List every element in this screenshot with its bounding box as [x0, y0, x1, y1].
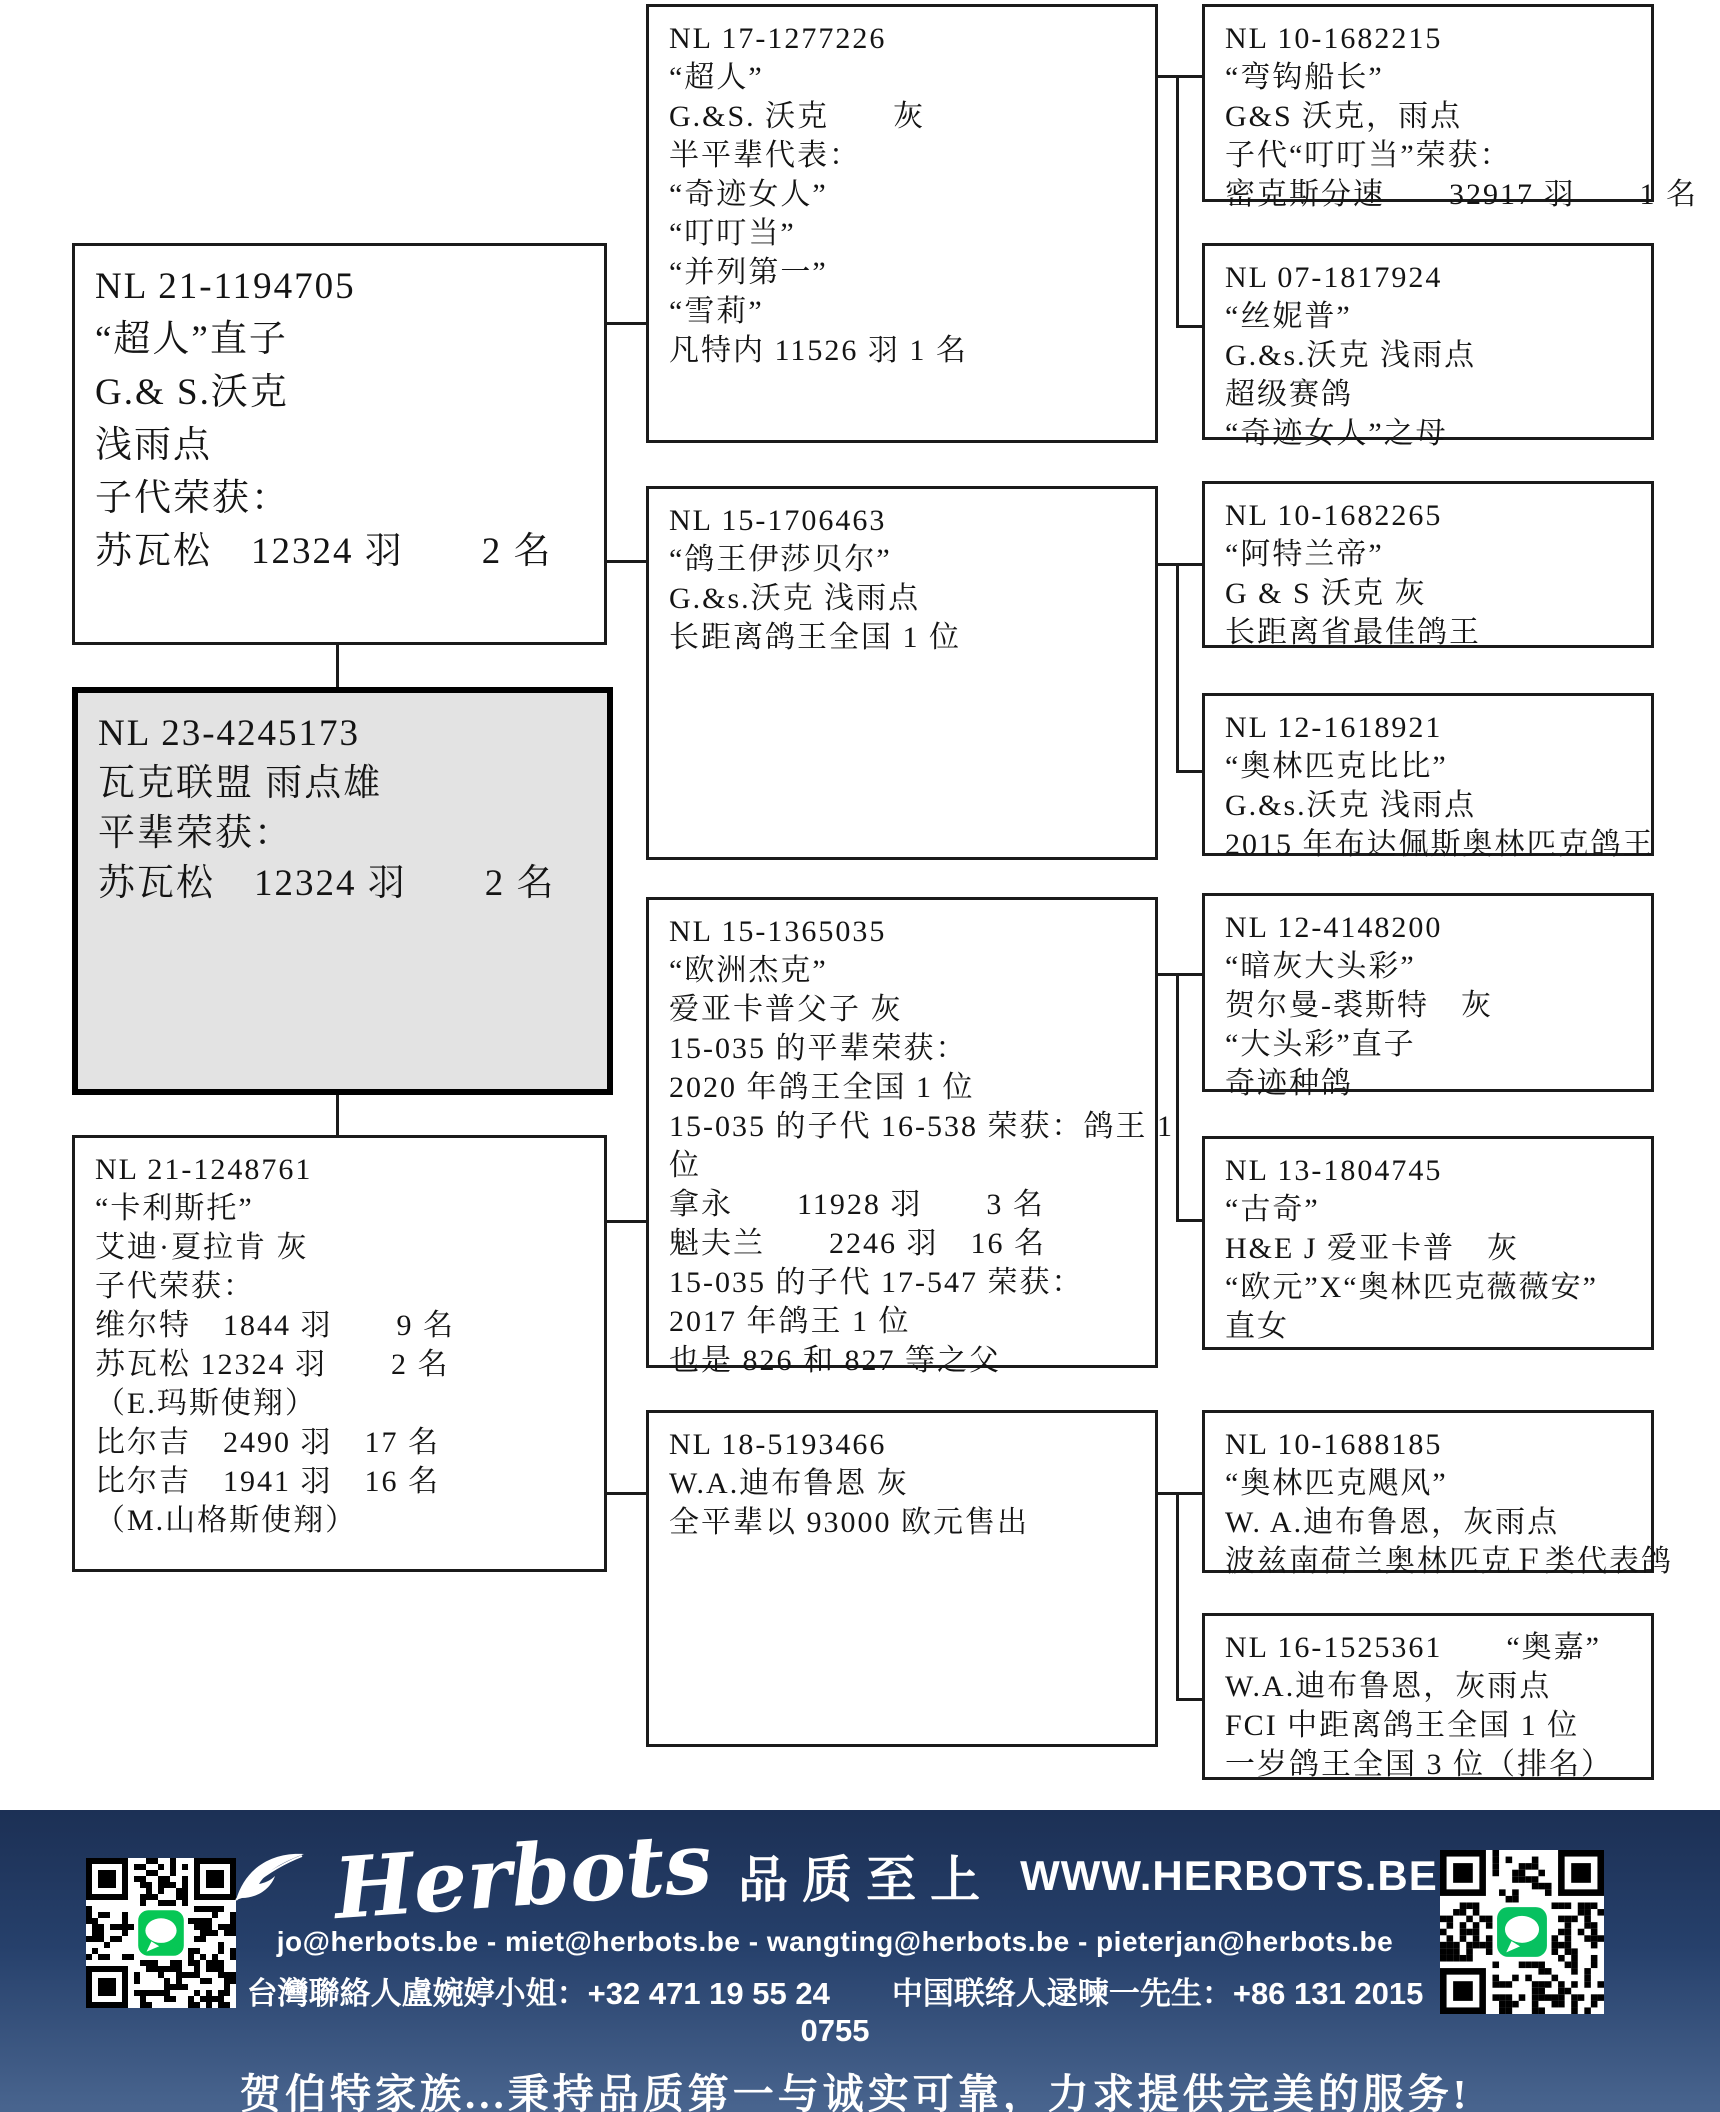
pedigree-line: NL 23-4245173: [98, 709, 597, 759]
pedigree-line: “奥林匹克比比”: [1225, 747, 1641, 786]
pedigree-line: “奇迹女人”之母: [1225, 414, 1641, 453]
pedigree-line: W.A.迪布鲁恩，灰雨点: [1225, 1667, 1641, 1706]
line-qr-code: [86, 1858, 236, 2008]
connector-line: [1158, 563, 1202, 566]
pedigree-line: 奇迹种鸽: [1225, 1064, 1641, 1103]
pedigree-line: 浅雨点: [95, 419, 594, 472]
pedigree-line: 长距离省最佳鸽王: [1225, 613, 1641, 652]
pedigree-box-dam-dam-sire: NL 10-1688185“奥林匹克飓风”W. A.迪布鲁恩，灰雨点波兹南荷兰奥…: [1202, 1410, 1654, 1573]
pedigree-line: （M.山格斯使翔）: [95, 1501, 594, 1540]
pedigree-line: NL 21-1248761: [95, 1150, 594, 1189]
pedigree-line: “卡利斯托”: [95, 1189, 594, 1228]
connector-line: [1158, 75, 1202, 78]
pedigree-box-sire-sire: NL 17-1277226“超人”G.&S. 沃克 灰半平辈代表：“奇迹女人”“…: [646, 4, 1158, 443]
pedigree-line: G.&s.沃克 浅雨点: [669, 579, 1145, 618]
pedigree-line: 比尔吉 2490 羽 17 名: [95, 1423, 594, 1462]
pedigree-line: G.&s.沃克 浅雨点: [1225, 336, 1641, 375]
connector-line: [1176, 325, 1202, 328]
pedigree-line: “丝妮普”: [1225, 297, 1641, 336]
pedigree-line: 子代荣获：: [95, 1267, 594, 1306]
footer-slogan: 贺伯特家族...秉持品质第一与诚实可靠，力求提供完美的服务!: [240, 2061, 1430, 2112]
pedigree-line: NL 21-1194705: [95, 260, 594, 313]
pedigree-line: “叮叮当”: [669, 214, 1145, 253]
connector-line: [607, 560, 646, 563]
connector-line: [1176, 563, 1179, 773]
pedigree-box-dam-dam: NL 18-5193466W.A.迪布鲁恩 灰全平辈以 93000 欧元售出: [646, 1410, 1158, 1747]
pedigree-line: 直女: [1225, 1307, 1641, 1346]
pedigree-line: “古奇”: [1225, 1190, 1641, 1229]
pedigree-line: 波兹南荷兰奥林匹克Ｆ类代表鸽: [1225, 1542, 1641, 1581]
pedigree-line: 苏瓦松 12324 羽 2 名: [95, 525, 594, 578]
pedigree-line: 维尔特 1844 羽 9 名: [95, 1306, 594, 1345]
pedigree-line: “鸽王伊莎贝尔”: [669, 540, 1145, 579]
pedigree-line: “超人”直子: [95, 313, 594, 366]
pedigree-line: G.& S.沃克: [95, 366, 594, 419]
pedigree-line: NL 12-1618921: [1225, 708, 1641, 747]
pedigree-line: W.A.迪布鲁恩 灰: [669, 1464, 1145, 1503]
connector-line: [607, 1220, 646, 1223]
pedigree-box-dam: NL 21-1248761“卡利斯托”艾迪·夏拉肯 灰子代荣获：维尔特 1844…: [72, 1135, 607, 1572]
pedigree-line: NL 10-1682265: [1225, 496, 1641, 535]
pedigree-box-sire-dam: NL 15-1706463“鸽王伊莎贝尔”G.&s.沃克 浅雨点长距离鸽王全国 …: [646, 486, 1158, 860]
wechat-qr-code: [1440, 1850, 1604, 2014]
pedigree-line: FCI 中距离鸽王全国 1 位: [1225, 1706, 1641, 1745]
pedigree-line: “雪莉”: [669, 292, 1145, 331]
pedigree-line: “奇迹女人”: [669, 175, 1145, 214]
pedigree-line: “欧洲杰克”: [669, 951, 1145, 990]
pedigree-box-sire: NL 21-1194705“超人”直子G.& S.沃克浅雨点子代荣获：苏瓦松 1…: [72, 243, 607, 645]
brand-logo: Herbots: [332, 1821, 715, 1931]
pedigree-line: （E.玛斯使翔）: [95, 1384, 594, 1423]
pedigree-line: 比尔吉 1941 羽 16 名: [95, 1462, 594, 1501]
pedigree-line: “弯钩船长”: [1225, 58, 1641, 97]
pedigree-line: 子代“叮叮当”荣获：: [1225, 136, 1641, 175]
pedigree-line: 密克斯分速 32917 羽 1 名: [1225, 175, 1641, 214]
feather-icon: [232, 1848, 308, 1904]
website-url[interactable]: WWW.HERBOTS.BE: [1020, 1852, 1438, 1900]
connector-line: [1176, 973, 1179, 1222]
pedigree-line: “暗灰大头彩”: [1225, 947, 1641, 986]
pedigree-line: NL 17-1277226: [669, 19, 1145, 58]
pedigree-page: NL 21-1194705“超人”直子G.& S.沃克浅雨点子代荣获：苏瓦松 1…: [0, 0, 1720, 2112]
pedigree-line: 一岁鸽王全国 3 位（排名）: [1225, 1745, 1641, 1784]
brand-tagline: 品质至上: [738, 1840, 994, 1912]
pedigree-line: G&S 沃克，雨点: [1225, 97, 1641, 136]
connector-line: [1176, 1492, 1179, 1701]
connector-line: [336, 645, 339, 687]
pedigree-line: 苏瓦松 12324 羽 2 名: [95, 1345, 594, 1384]
pedigree-box-sire-dam-sire: NL 10-1682265“阿特兰帝”G & S 沃克 灰长距离省最佳鸽王: [1202, 481, 1654, 648]
pedigree-line: G.&s.沃克 浅雨点: [1225, 786, 1641, 825]
pedigree-line: 半平辈代表：: [669, 136, 1145, 175]
pedigree-line: 2020 年鸽王全国 1 位: [669, 1068, 1145, 1107]
pedigree-line: NL 10-1682215: [1225, 19, 1641, 58]
pedigree-line: 超级赛鸽: [1225, 375, 1641, 414]
pedigree-box-dam-dam-dam: NL 16-1525361 “奥嘉”W.A.迪布鲁恩，灰雨点FCI 中距离鸽王全…: [1202, 1613, 1654, 1780]
pedigree-line: 艾迪·夏拉肯 灰: [95, 1228, 594, 1267]
connector-line: [1176, 1219, 1202, 1222]
pedigree-line: 位: [669, 1146, 1145, 1185]
pedigree-line: 也是 826 和 827 等之父: [669, 1341, 1145, 1380]
pedigree-box-subject: NL 23-4245173瓦克联盟 雨点雄平辈荣获：苏瓦松 12324 羽 2 …: [72, 687, 613, 1095]
pedigree-line: NL 07-1817924: [1225, 258, 1641, 297]
pedigree-line: “欧元”X“奥林匹克薇薇安”: [1225, 1268, 1641, 1307]
footer-contacts: 台灣聯絡人盧婉婷小姐：+32 471 19 55 24 中国联络人逯暕一先生：+…: [240, 1968, 1430, 2049]
pedigree-line: 魁夫兰 2246 羽 16 名: [669, 1224, 1145, 1263]
connector-line: [1158, 973, 1202, 976]
connector-line: [1176, 75, 1179, 328]
pedigree-line: “超人”: [669, 58, 1145, 97]
pedigree-line: 15-035 的平辈荣获：: [669, 1029, 1145, 1068]
footer-banner: Herbots 品质至上 WWW.HERBOTS.BE jo@herbots.b…: [0, 1810, 1720, 2112]
connector-line: [1158, 1492, 1202, 1495]
pedigree-line: 贺尔曼-裘斯特 灰: [1225, 986, 1641, 1025]
pedigree-line: 长距离鸽王全国 1 位: [669, 618, 1145, 657]
pedigree-line: G.&S. 沃克 灰: [669, 97, 1145, 136]
pedigree-line: “阿特兰帝”: [1225, 535, 1641, 574]
pedigree-line: NL 12-4148200: [1225, 908, 1641, 947]
pedigree-line: 瓦克联盟 雨点雄: [98, 759, 597, 809]
connector-line: [1176, 1698, 1202, 1701]
pedigree-line: 拿永 11928 羽 3 名: [669, 1185, 1145, 1224]
pedigree-line: 苏瓦松 12324 羽 2 名: [98, 859, 597, 909]
pedigree-line: H&E J 爱亚卡普 灰: [1225, 1229, 1641, 1268]
pedigree-line: “并列第一”: [669, 253, 1145, 292]
connector-line: [336, 1095, 339, 1135]
pedigree-line: 爱亚卡普父子 灰: [669, 990, 1145, 1029]
pedigree-line: 全平辈以 93000 欧元售出: [669, 1503, 1145, 1542]
pedigree-box-sire-sire-sire: NL 10-1682215“弯钩船长”G&S 沃克，雨点子代“叮叮当”荣获：密克…: [1202, 4, 1654, 202]
pedigree-box-dam-sire: NL 15-1365035“欧洲杰克”爱亚卡普父子 灰15-035 的平辈荣获：…: [646, 897, 1158, 1368]
pedigree-line: NL 16-1525361 “奥嘉”: [1225, 1628, 1641, 1667]
footer-content: Herbots 品质至上 WWW.HERBOTS.BE jo@herbots.b…: [240, 1810, 1430, 2112]
pedigree-line: 15-035 的子代 17-547 荣获：: [669, 1263, 1145, 1302]
connector-line: [1176, 770, 1202, 773]
pedigree-line: 子代荣获：: [95, 472, 594, 525]
pedigree-line: W. A.迪布鲁恩，灰雨点: [1225, 1503, 1641, 1542]
pedigree-line: 2015 年布达佩斯奥林匹克鸽王: [1225, 825, 1641, 864]
connector-line: [607, 1492, 646, 1495]
pedigree-line: “奥林匹克飓风”: [1225, 1464, 1641, 1503]
pedigree-line: NL 10-1688185: [1225, 1425, 1641, 1464]
pedigree-box-sire-sire-dam: NL 07-1817924“丝妮普”G.&s.沃克 浅雨点超级赛鸽“奇迹女人”之…: [1202, 243, 1654, 440]
pedigree-line: G & S 沃克 灰: [1225, 574, 1641, 613]
brand-row: Herbots 品质至上 WWW.HERBOTS.BE: [240, 1828, 1430, 1924]
pedigree-line: “大头彩”直子: [1225, 1025, 1641, 1064]
pedigree-line: NL 15-1365035: [669, 912, 1145, 951]
connector-line: [607, 322, 646, 325]
pedigree-box-dam-sire-dam: NL 13-1804745“古奇”H&E J 爱亚卡普 灰“欧元”X“奥林匹克薇…: [1202, 1136, 1654, 1350]
pedigree-box-sire-dam-dam: NL 12-1618921“奥林匹克比比”G.&s.沃克 浅雨点2015 年布达…: [1202, 693, 1654, 856]
pedigree-box-dam-sire-sire: NL 12-4148200“暗灰大头彩”贺尔曼-裘斯特 灰“大头彩”直子奇迹种鸽: [1202, 893, 1654, 1092]
pedigree-line: NL 13-1804745: [1225, 1151, 1641, 1190]
pedigree-line: 15-035 的子代 16-538 荣获：鸽王 1: [669, 1107, 1145, 1146]
pedigree-line: NL 18-5193466: [669, 1425, 1145, 1464]
pedigree-line: 凡特内 11526 羽 1 名: [669, 331, 1145, 370]
pedigree-line: 2017 年鸽王 1 位: [669, 1302, 1145, 1341]
pedigree-line: 平辈荣获：: [98, 809, 597, 859]
pedigree-line: NL 15-1706463: [669, 501, 1145, 540]
